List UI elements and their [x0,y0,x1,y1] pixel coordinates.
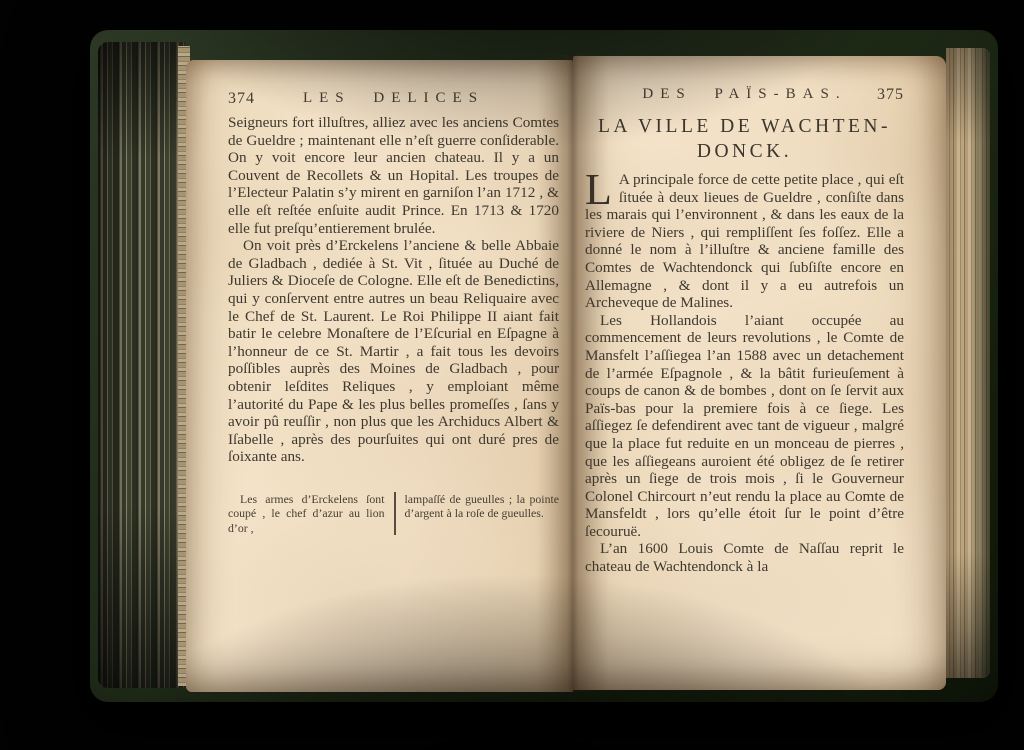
paragraph-text: A principale force de cette petite place… [585,171,904,311]
open-book: 374 LES DELICES Seigneurs fort illuſtres… [90,30,998,702]
section-title-line1: LA VILLE DE WACHTEN- [585,114,904,139]
left-running-title: LES DELICES [303,90,484,106]
body-paragraph: LA principale force de cette petite plac… [585,171,904,312]
footnote-right-column: lampaſſé de gueulles ; la pointe d’argen… [394,492,560,535]
left-running-header: 374 LES DELICES [228,90,559,114]
drop-cap-initial: L [585,171,619,206]
body-paragraph: Seigneurs fort illuſtres, alliez avec le… [228,114,559,237]
right-page: DES PAÏS-BAS. 375 LA VILLE DE WACHTEN- D… [573,56,946,690]
right-page-body: LA principale force de cette petite plac… [585,171,904,576]
body-paragraph: Les Hollandois l’aiant occupée au commen… [585,312,904,541]
book-photograph: 374 LES DELICES Seigneurs fort illuſtres… [0,0,1024,750]
left-page-number: 374 [228,90,255,108]
right-page-edge-stack [946,48,990,678]
section-title-line2: DONCK. [585,139,904,164]
footnote-left-column: Les armes d’Erckelens ſont coupé , le ch… [228,492,394,535]
right-page-number: 375 [877,86,904,104]
right-running-title: DES PAÏS-BAS. [642,86,846,102]
left-page: 374 LES DELICES Seigneurs fort illuſtres… [186,60,573,692]
body-paragraph: On voit près d’Erckelens l’anciene & bel… [228,237,559,466]
body-paragraph: L’an 1600 Louis Comte de Naſſau reprit l… [585,540,904,575]
left-page-edge-stack [98,42,186,688]
section-title: LA VILLE DE WACHTEN- DONCK. [585,114,904,164]
left-page-body: Seigneurs fort illuſtres, alliez avec le… [228,114,559,466]
footnote: Les armes d’Erckelens ſont coupé , le ch… [228,492,559,535]
right-running-header: DES PAÏS-BAS. 375 [585,86,904,110]
